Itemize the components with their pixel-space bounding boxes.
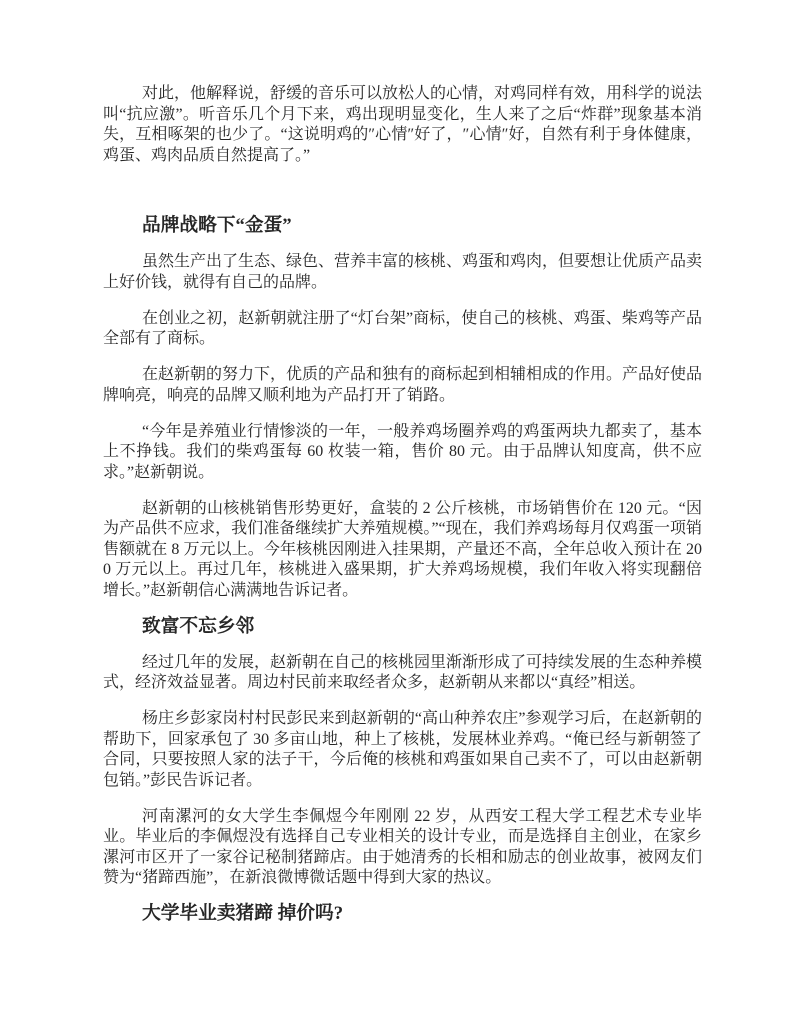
paragraph-eco-farming-model: 经过几年的发展，赵新朝在自己的核桃园里渐渐形成了可持续发展的生态种养模式，经济效…: [103, 653, 702, 694]
document-page: 对此，他解释说，舒缓的音乐可以放松人的心情，对鸡同样有效，用科学的说法叫“抗应激…: [0, 0, 792, 1025]
section-heading-selling-pig-trotters: 大学毕业卖猪蹄 掉价吗?: [103, 904, 702, 925]
paragraph-trademark-registered: 在创业之初，赵新朝就注册了“灯台架”商标，使自己的核桃、鸡蛋、柴鸡等产品全部有了…: [103, 309, 702, 350]
section-heading-help-neighbors: 致富不忘乡邻: [103, 617, 702, 638]
paragraph-graduate-li-peiyu: 河南漯河的女大学生李佩煜今年刚刚 22 岁，从西安工程大学工程艺术专业毕业。毕业…: [103, 807, 702, 889]
paragraph-villager-pengmin: 杨庄乡彭家岗村村民彭民来到赵新朝的“高山种养农庄”参观学习后，在赵新朝的帮助下，…: [103, 709, 702, 791]
paragraph-need-own-brand: 虽然生产出了生态、绿色、营养丰富的核桃、鸡蛋和鸡肉，但要想让优质产品卖上好价钱，…: [103, 252, 702, 293]
document-text-block: 对此，他解释说，舒缓的音乐可以放松人的心情，对鸡同样有效，用科学的说法叫“抗应激…: [103, 84, 702, 940]
paragraph-walnut-sales: 赵新朝的山核桃销售形势更好，盒装的 2 公斤核桃，市场销售价在 120 元。“因…: [103, 499, 702, 602]
section-heading-brand-strategy: 品牌战略下“金蛋”: [103, 216, 702, 237]
paragraph-egg-price-quote: “今年是养殖业行情惨淡的一年，一般养鸡场圈养鸡的鸡蛋两块九都卖了，基本上不挣钱。…: [103, 422, 702, 484]
paragraph-product-brand-synergy: 在赵新朝的努力下，优质的产品和独有的商标起到相辅相成的作用。产品好使品牌响亮，响…: [103, 365, 702, 406]
paragraph-anti-stress-music: 对此，他解释说，舒缓的音乐可以放松人的心情，对鸡同样有效，用科学的说法叫“抗应激…: [103, 84, 702, 166]
